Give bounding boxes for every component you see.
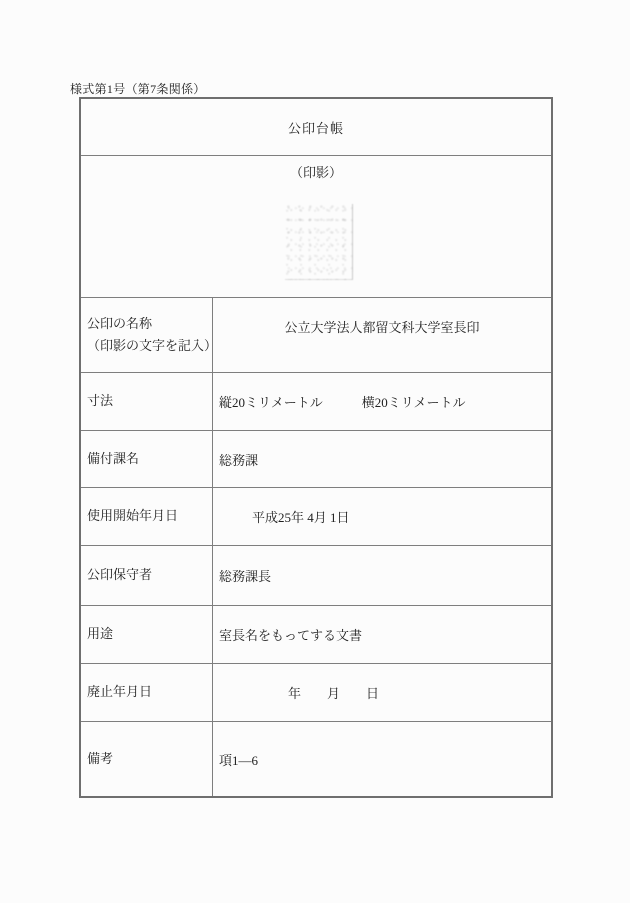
row-value: 年 月 日 bbox=[213, 664, 551, 721]
document-title: 公印台帳 bbox=[288, 118, 344, 137]
seal-caption: （印影） bbox=[290, 156, 342, 181]
document-page: { "page": { "form_label": "様式第1号（第7条関係）"… bbox=[0, 0, 630, 903]
row-label-line2: （印影の文字を記入） bbox=[87, 335, 212, 357]
remarks-value: 項1―6 bbox=[219, 750, 258, 769]
start-date-value: 平成25年 4月 1日 bbox=[252, 507, 350, 526]
table-title-row: 公印台帳 bbox=[81, 99, 551, 155]
row-value: 総務課長 bbox=[213, 546, 551, 605]
form-number-label: 様式第1号（第7条関係） bbox=[70, 80, 206, 97]
row-label: 備考 bbox=[81, 722, 213, 796]
row-value: 平成25年 4月 1日 bbox=[213, 488, 551, 545]
row-value: 項1―6 bbox=[213, 722, 551, 796]
table-row-purpose: 用途 室長名をもってする文書 bbox=[81, 605, 551, 663]
table-row-remarks: 備考 項1―6 bbox=[81, 721, 551, 796]
row-value: 公立大学法人都留文科大学室長印 bbox=[213, 298, 551, 372]
table-row-seal-name: 公印の名称 （印影の文字を記入） 公立大学法人都留文科大学室長印 bbox=[81, 297, 551, 372]
row-label: 寸法 bbox=[81, 373, 213, 430]
seal-impression-image bbox=[285, 204, 353, 280]
custodian-value: 総務課長 bbox=[219, 566, 271, 585]
row-label: 使用開始年月日 bbox=[81, 488, 213, 545]
dimensions-value: 縦20ミリメートル 横20ミリメートル bbox=[219, 392, 465, 411]
abolition-date-value: 年 月 日 bbox=[288, 683, 379, 702]
row-value: 室長名をもってする文書 bbox=[213, 606, 551, 663]
row-label: 備付課名 bbox=[81, 431, 213, 487]
seal-register-table: 公印台帳 （印影） 公印の名称 （印影の文字を記入） 公立大学法人都留文科大学室… bbox=[79, 97, 553, 798]
row-label-line1: 公印の名称 bbox=[87, 313, 212, 335]
seal-name-value: 公立大学法人都留文科大学室長印 bbox=[284, 317, 479, 336]
table-row-abolition-date: 廃止年月日 年 月 日 bbox=[81, 663, 551, 721]
table-row-dimensions: 寸法 縦20ミリメートル 横20ミリメートル bbox=[81, 372, 551, 430]
row-value: 総務課 bbox=[213, 431, 551, 487]
department-value: 総務課 bbox=[219, 450, 258, 469]
row-label: 公印保守者 bbox=[81, 546, 213, 605]
row-label: 用途 bbox=[81, 606, 213, 663]
table-row-start-date: 使用開始年月日 平成25年 4月 1日 bbox=[81, 487, 551, 545]
table-row-custodian: 公印保守者 総務課長 bbox=[81, 545, 551, 605]
table-row-department: 備付課名 総務課 bbox=[81, 430, 551, 487]
seal-impression-row: （印影） bbox=[81, 155, 551, 297]
row-label: 廃止年月日 bbox=[81, 664, 213, 721]
row-label: 公印の名称 （印影の文字を記入） bbox=[81, 298, 213, 372]
purpose-value: 室長名をもってする文書 bbox=[219, 625, 362, 644]
row-value: 縦20ミリメートル 横20ミリメートル bbox=[213, 373, 551, 430]
